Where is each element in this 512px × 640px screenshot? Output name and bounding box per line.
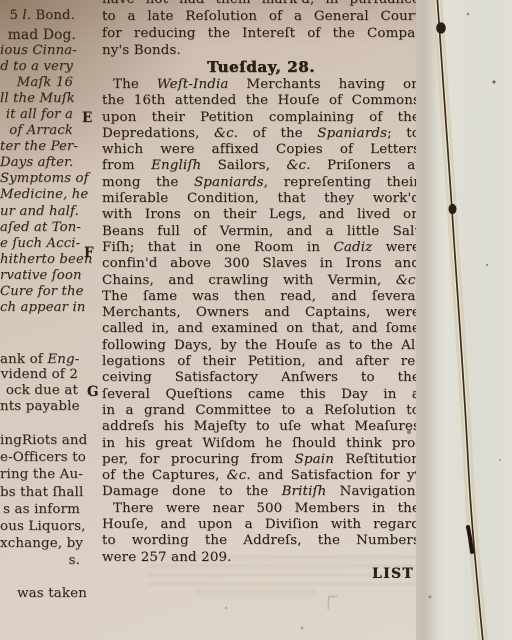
stitch-knot <box>436 22 446 33</box>
paper-speckle <box>493 81 496 84</box>
paper-speckle <box>499 459 501 461</box>
paper-speckle <box>301 627 304 630</box>
paper-speckle <box>225 607 227 609</box>
paper-speckle <box>429 596 432 599</box>
paper-speckle <box>486 264 488 266</box>
binding-thread <box>0 0 512 640</box>
stitch-knot <box>449 204 457 214</box>
paper-speckle <box>467 13 469 15</box>
newspaper-page-photo: 5 l. Bond. mad Dog. ious Cinna-d to a ve… <box>0 0 512 640</box>
paper-speckle <box>407 430 411 434</box>
